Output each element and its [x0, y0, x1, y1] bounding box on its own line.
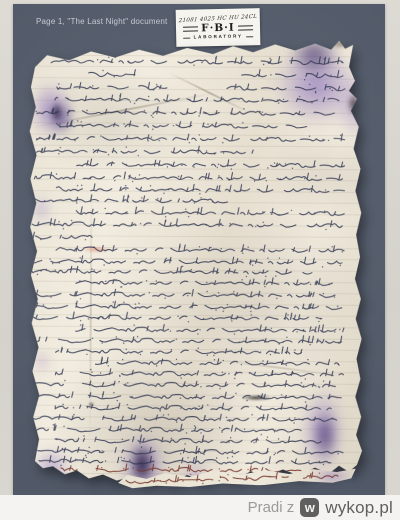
- arabic-handwriting-svg: [25, 39, 367, 491]
- photo-area: Page 1, "The Last Night" document 21081 …: [13, 4, 385, 495]
- wykop-logo-icon: w: [300, 498, 319, 517]
- stamp-dept: LABORATORY: [194, 34, 243, 40]
- stamp-dash-left-icon: [184, 36, 191, 38]
- paper-surface: [25, 39, 367, 491]
- stamp-org-row: F·B·I: [183, 22, 253, 34]
- stamp-flourish-right-icon: [238, 25, 253, 30]
- stamp-flourish-left-icon: [183, 26, 198, 31]
- watermark-author: Pradi z: [248, 499, 295, 516]
- manuscript-paper: [25, 39, 367, 491]
- wykop-logo-letter: w: [305, 501, 315, 514]
- watermark-site: wykop.pl: [325, 498, 393, 518]
- ink-stains-layer: [27, 39, 367, 41]
- stamp-org: F·B·I: [201, 22, 235, 33]
- photo-caption: Page 1, "The Last Night" document: [36, 17, 167, 26]
- stamp-dash-right-icon: [246, 35, 253, 37]
- watermark-bar: Pradi z w wykop.pl: [0, 495, 400, 520]
